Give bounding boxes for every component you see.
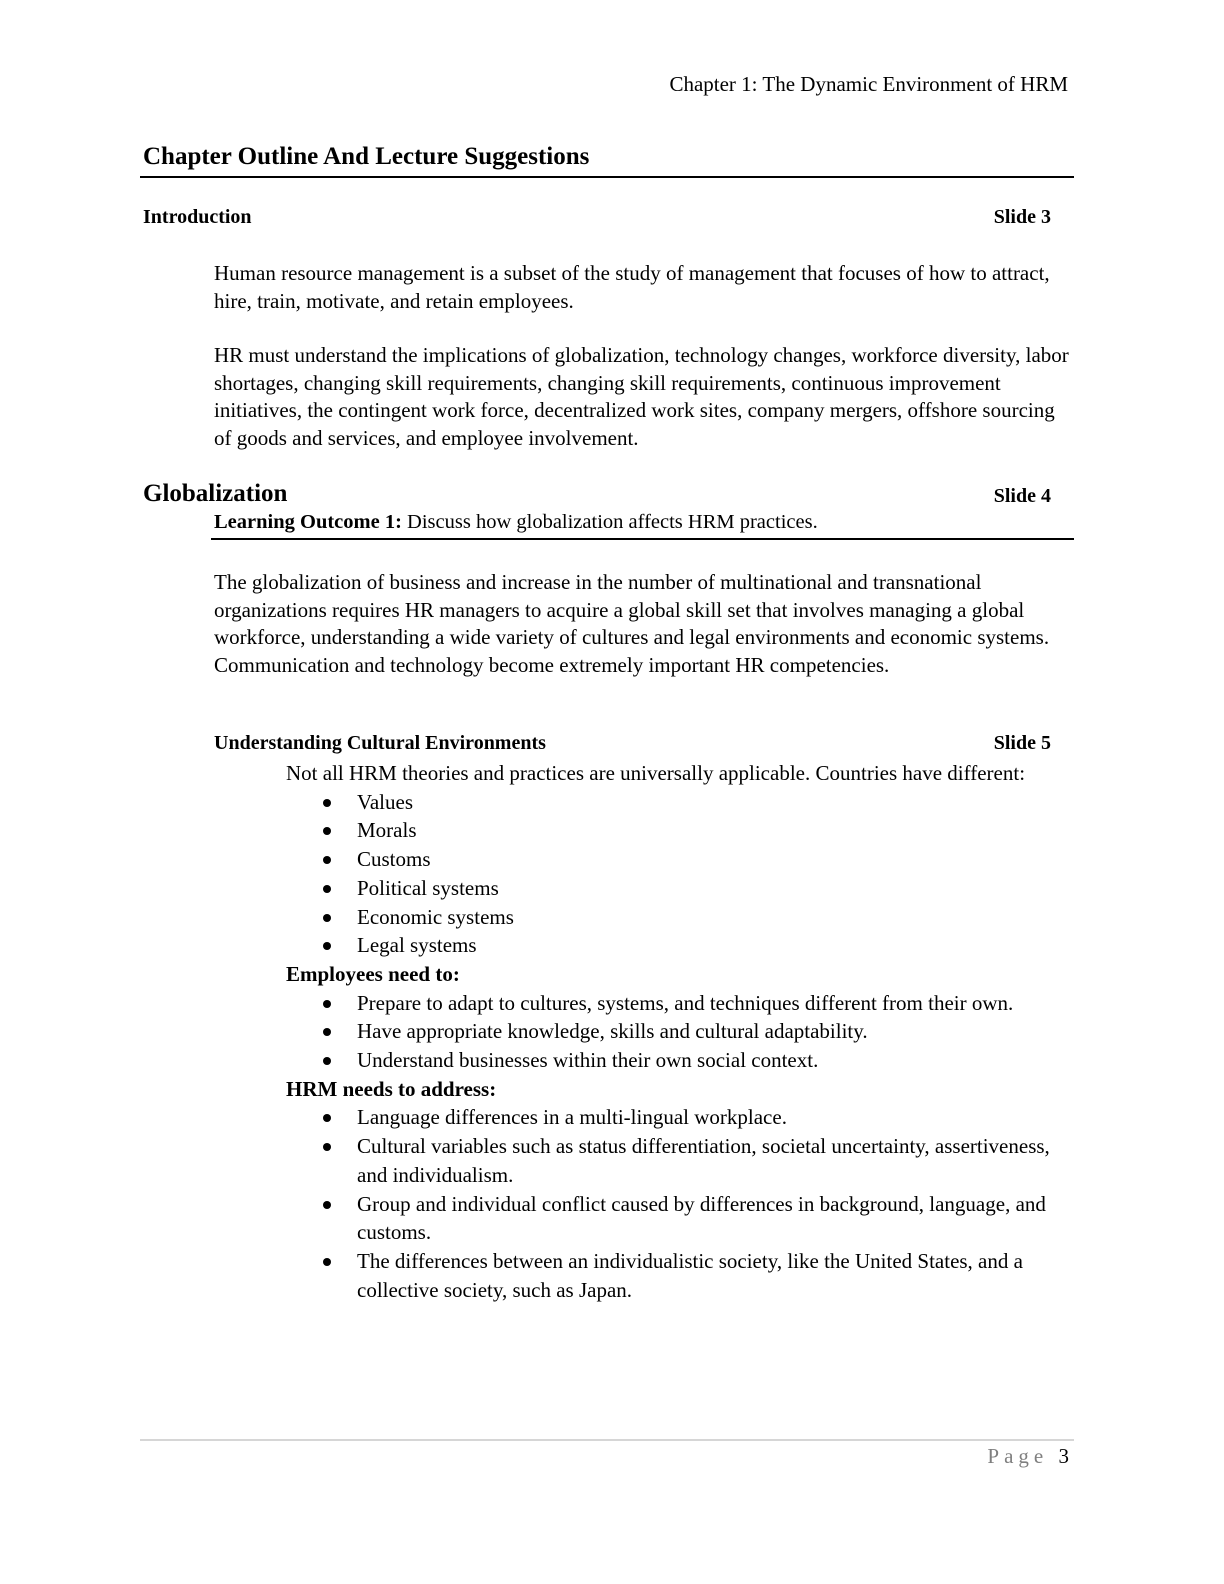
- learning-outcome: Learning Outcome 1: Discuss how globaliz…: [214, 511, 818, 534]
- difference-item-text: Morals: [357, 818, 417, 842]
- bullet-icon: [323, 1201, 331, 1209]
- title-rule: [140, 176, 1074, 178]
- globalization-slide-ref: Slide 4: [994, 485, 1051, 508]
- bullet-icon: [323, 856, 331, 864]
- introduction-slide-ref: Slide 3: [994, 206, 1051, 229]
- hrm-need-item-text: Group and individual conflict caused by …: [357, 1192, 1046, 1245]
- footer-rule: [140, 1439, 1074, 1441]
- difference-item-text: Political systems: [357, 876, 499, 900]
- page-label: Page: [987, 1444, 1048, 1468]
- cultural-content: Not all HRM theories and practices are u…: [286, 759, 1066, 1304]
- differences-list: ValuesMoralsCustomsPolitical systemsEcon…: [286, 788, 1066, 960]
- running-header: Chapter 1: The Dynamic Environment of HR…: [669, 72, 1068, 97]
- intro-paragraph-2: HR must understand the implications of g…: [214, 342, 1074, 452]
- bullet-icon: [323, 1000, 331, 1008]
- learning-outcome-label: Learning Outcome 1:: [214, 511, 402, 533]
- employees-label: Employees need to:: [286, 960, 1066, 989]
- globalization-paragraph: The globalization of business and increa…: [214, 569, 1074, 679]
- bullet-icon: [323, 1258, 331, 1266]
- hrm-need-item: Group and individual conflict caused by …: [286, 1190, 1066, 1247]
- cultural-heading-row: Understanding Cultural Environments Slid…: [214, 732, 1051, 755]
- difference-item: Morals: [286, 816, 1066, 845]
- employee-need-item-text: Have appropriate knowledge, skills and c…: [357, 1019, 868, 1043]
- page-number: Page 3: [987, 1444, 1069, 1469]
- bullet-icon: [323, 885, 331, 893]
- bullet-icon: [323, 914, 331, 922]
- employees-list: Prepare to adapt to cultures, systems, a…: [286, 989, 1066, 1075]
- cultural-heading: Understanding Cultural Environments: [214, 732, 546, 755]
- difference-item: Values: [286, 788, 1066, 817]
- bullet-icon: [323, 827, 331, 835]
- globalization-heading: Globalization: [143, 480, 287, 508]
- difference-item: Legal systems: [286, 931, 1066, 960]
- employee-need-item: Prepare to adapt to cultures, systems, a…: [286, 989, 1066, 1018]
- cultural-slide-ref: Slide 5: [994, 732, 1051, 755]
- difference-item: Customs: [286, 845, 1066, 874]
- hrm-need-item: The differences between an individualist…: [286, 1247, 1066, 1304]
- bullet-icon: [323, 1028, 331, 1036]
- difference-item-text: Values: [357, 790, 413, 814]
- introduction-heading-row: Introduction Slide 3: [143, 206, 1051, 229]
- hrm-need-item: Language differences in a multi-lingual …: [286, 1103, 1066, 1132]
- page-number-value: 3: [1059, 1444, 1070, 1468]
- difference-item-text: Customs: [357, 847, 431, 871]
- intro-paragraph-1: Human resource management is a subset of…: [214, 260, 1074, 315]
- hrm-need-item-text: Cultural variables such as status differ…: [357, 1134, 1050, 1187]
- cultural-intro: Not all HRM theories and practices are u…: [286, 759, 1066, 788]
- difference-item-text: Economic systems: [357, 905, 514, 929]
- outline-title: Chapter Outline And Lecture Suggestions: [143, 143, 589, 171]
- hrm-need-item-text: Language differences in a multi-lingual …: [357, 1105, 787, 1129]
- learning-outcome-rule: [211, 538, 1074, 540]
- learning-outcome-text: Discuss how globalization affects HRM pr…: [402, 511, 818, 533]
- employee-need-item-text: Prepare to adapt to cultures, systems, a…: [357, 991, 1013, 1015]
- bullet-icon: [323, 1143, 331, 1151]
- hrm-need-item: Cultural variables such as status differ…: [286, 1132, 1066, 1189]
- hrm-list: Language differences in a multi-lingual …: [286, 1103, 1066, 1304]
- bullet-icon: [323, 1057, 331, 1065]
- employee-need-item-text: Understand businesses within their own s…: [357, 1048, 818, 1072]
- bullet-icon: [323, 1114, 331, 1122]
- bullet-icon: [323, 942, 331, 950]
- hrm-label: HRM needs to address:: [286, 1075, 1066, 1104]
- difference-item: Economic systems: [286, 903, 1066, 932]
- bullet-icon: [323, 799, 331, 807]
- introduction-heading: Introduction: [143, 206, 252, 229]
- hrm-need-item-text: The differences between an individualist…: [357, 1249, 1023, 1302]
- employee-need-item: Have appropriate knowledge, skills and c…: [286, 1017, 1066, 1046]
- difference-item: Political systems: [286, 874, 1066, 903]
- difference-item-text: Legal systems: [357, 933, 477, 957]
- employee-need-item: Understand businesses within their own s…: [286, 1046, 1066, 1075]
